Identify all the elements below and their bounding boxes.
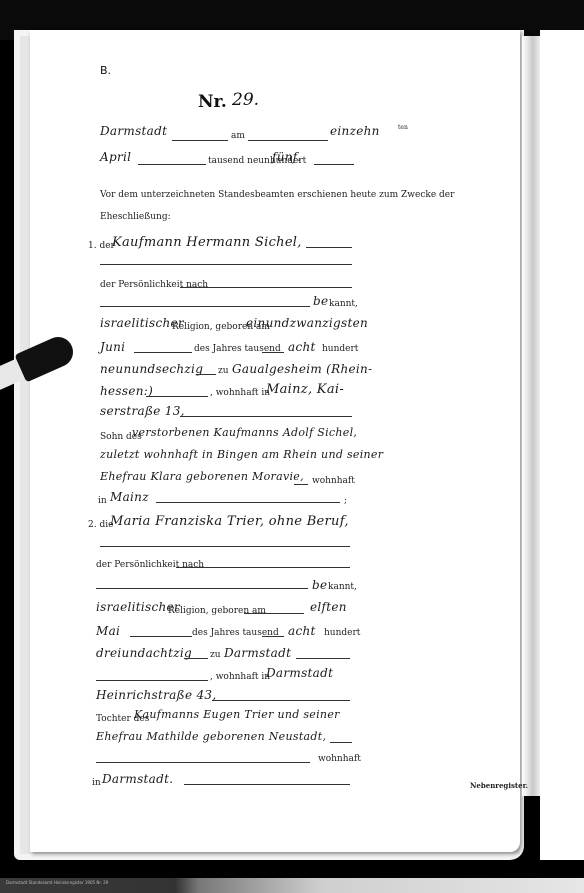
party2-parents-1: Kaufmanns Eugen Trier und seiner bbox=[134, 708, 340, 721]
party1-known-hw: be bbox=[313, 294, 328, 308]
fill-line bbox=[100, 306, 310, 307]
party1-parents-1: verstorbenen Kaufmanns Adolf Sichel, bbox=[132, 426, 357, 439]
party2-residence: Darmstadt bbox=[266, 666, 333, 680]
party1-number: 1. der bbox=[88, 241, 115, 251]
fill-line bbox=[180, 287, 352, 288]
fill-line bbox=[96, 680, 208, 681]
party1-parents-2: zuletzt wohnhaft in Bingen am Rhein und … bbox=[100, 448, 383, 461]
fill-line bbox=[262, 352, 284, 353]
fill-line bbox=[244, 613, 304, 614]
fill-line bbox=[130, 636, 192, 637]
party2-birth-year: dreiundachtzig bbox=[96, 646, 192, 660]
party2-residence-label: , wohnhaft in bbox=[210, 672, 270, 682]
fill-line bbox=[96, 762, 310, 763]
party1-parents-res: Mainz bbox=[110, 490, 149, 504]
am-label: am bbox=[231, 131, 245, 141]
party2-known: kannt, bbox=[328, 582, 357, 592]
fill-line bbox=[314, 164, 354, 165]
fill-line bbox=[212, 700, 350, 701]
fill-line bbox=[156, 502, 340, 503]
party1-street: serstraße 13, bbox=[100, 404, 185, 418]
fill-line bbox=[262, 636, 284, 637]
party2-birth-day: elften bbox=[310, 600, 347, 614]
party2-parents-res-label: wohnhaft bbox=[318, 754, 361, 764]
party1-known: kannt, bbox=[329, 299, 358, 309]
party1-residence: Mainz, Kai- bbox=[266, 382, 344, 397]
party2-parents-res: Darmstadt. bbox=[102, 772, 173, 786]
party1-parents-3: Ehefrau Klara geborenen Moravie, bbox=[100, 470, 304, 483]
party2-zu: zu bbox=[210, 650, 221, 660]
party1-birth-month: Juni bbox=[100, 340, 125, 354]
fill-line bbox=[100, 546, 350, 547]
fill-line bbox=[180, 416, 352, 417]
party2-religion-label: Religion, geboren am bbox=[168, 606, 266, 616]
fill-line bbox=[138, 164, 206, 165]
book-gutter bbox=[522, 36, 540, 796]
day-suffix: ten bbox=[398, 124, 408, 131]
fill-line bbox=[294, 484, 308, 485]
fill-line bbox=[172, 140, 228, 141]
scan-caption: Darmstadt Standesamt Heiratsregister 190… bbox=[6, 880, 108, 885]
party2-hundred-label: hundert bbox=[324, 628, 360, 638]
fill-line bbox=[176, 567, 350, 568]
party1-birth-day: einundzwanzigsten bbox=[246, 316, 368, 330]
party2-street: Heinrichstraße 43, bbox=[96, 688, 216, 702]
fill-line bbox=[100, 264, 352, 265]
party1-birthplace: Gaualgesheim (Rhein- bbox=[232, 362, 372, 376]
fill-line bbox=[296, 658, 350, 659]
party2-identity-label: der Persönlichkeit nach bbox=[96, 560, 204, 570]
margin-note: Nebenregister. bbox=[470, 781, 528, 790]
party1-birth-year: neunundsechzig bbox=[100, 362, 203, 376]
place: Darmstadt bbox=[100, 124, 167, 138]
party1-zu: zu bbox=[218, 366, 229, 376]
entry-number-label: Nr. bbox=[198, 92, 227, 112]
party1-end-mark: ; bbox=[344, 496, 347, 506]
intro-line-2: Eheschließung: bbox=[100, 212, 171, 222]
fill-line bbox=[306, 247, 352, 248]
fill-line bbox=[146, 396, 208, 397]
fill-line bbox=[248, 140, 328, 141]
day: einzehn bbox=[330, 124, 380, 138]
intro-line-1: Vor dem unterzeichneten Standesbeamten e… bbox=[100, 190, 454, 200]
party2-in-label: in bbox=[92, 778, 101, 788]
party2-birth-month: Mai bbox=[96, 624, 120, 638]
party1-parents-res-label: wohnhaft bbox=[312, 476, 355, 486]
section-letter: B. bbox=[100, 64, 111, 77]
fill-line bbox=[134, 352, 192, 353]
party1-name: Kaufmann Hermann Sichel, bbox=[112, 235, 302, 250]
fill-line bbox=[96, 588, 308, 589]
party2-century: acht bbox=[288, 624, 316, 638]
party1-century: acht bbox=[288, 340, 316, 354]
fill-line bbox=[330, 742, 352, 743]
month: April bbox=[100, 150, 131, 164]
facing-page bbox=[540, 30, 584, 860]
fill-line bbox=[184, 784, 350, 785]
party2-name: Maria Franziska Trier, ohne Beruf, bbox=[110, 514, 349, 529]
party2-known-hw: be bbox=[312, 578, 327, 592]
party1-residence-label: , wohnhaft in bbox=[210, 388, 270, 398]
party1-in-label: in bbox=[98, 496, 107, 506]
party2-birthplace: Darmstadt bbox=[224, 646, 291, 660]
year-handwritten: fünf. bbox=[272, 150, 301, 164]
fill-line bbox=[184, 658, 208, 659]
scan-caption-bar: Darmstadt Standesamt Heiratsregister 190… bbox=[0, 878, 584, 893]
party1-hundred-label: hundert bbox=[322, 344, 358, 354]
party2-parents-2: Ehefrau Mathilde geborenen Neustadt, bbox=[96, 730, 326, 743]
entry-number: 29. bbox=[232, 90, 259, 110]
party1-identity-label: der Persönlichkeit nach bbox=[100, 280, 208, 290]
fill-line bbox=[196, 374, 216, 375]
